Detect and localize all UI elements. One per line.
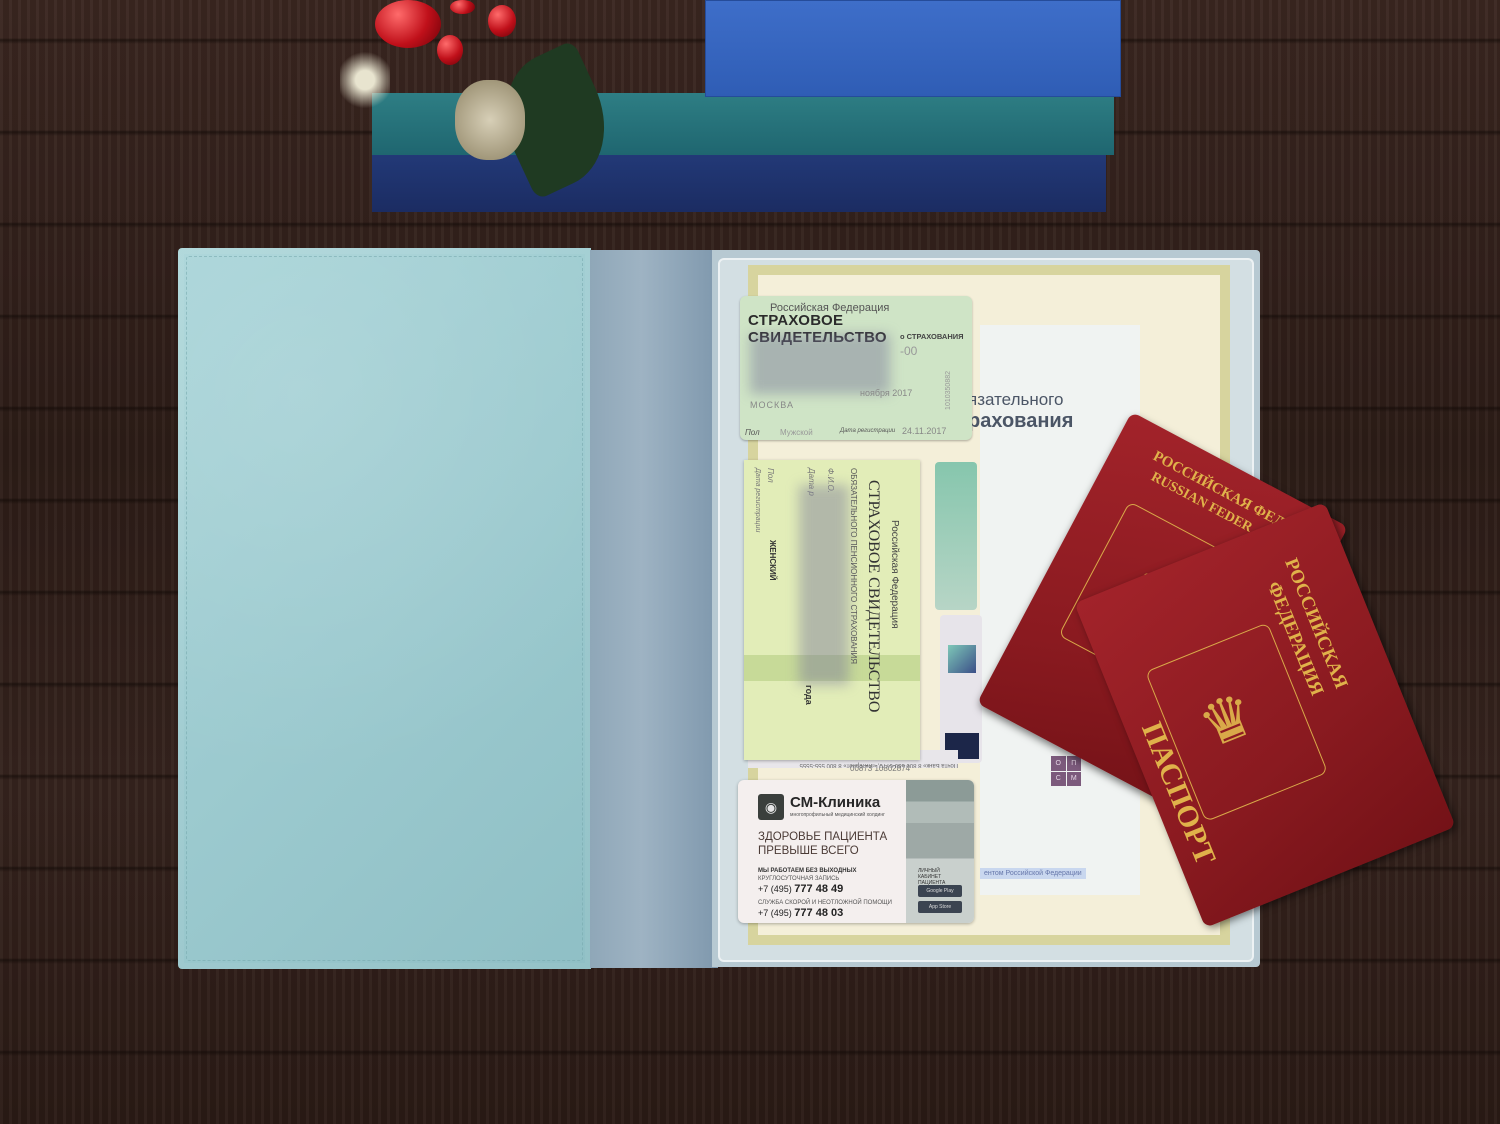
baby-breath [340,40,390,120]
snils-rot-year: года [804,685,814,705]
pine-cone [455,80,525,160]
snils-reg-date: 24.11.2017 [902,426,946,436]
blue-leather-cover [705,0,1121,97]
certificate-text-line2: рахования [968,410,1073,433]
suede-spine [590,250,718,968]
snils-rot-sex-label: Пол [766,468,775,483]
snils-rot-country: Российская Федерация [889,520,900,629]
berry [437,35,463,65]
blurred-personal-data [750,334,890,394]
berry [488,5,516,37]
clinic-logo-icon: ◉ [758,794,784,820]
bank-card-serial: 00873 10802874 [850,764,910,773]
app-store-badge: App Store [918,901,962,913]
opms-logo-icon: О П С М [1051,756,1081,786]
snils-rot-sex-value: ЖЕНСКИЙ [768,540,777,581]
berry [450,0,475,14]
clinic-subtitle: многопрофильный медицинский холдинг [790,812,885,818]
snils-card-top: Российская Федерация СТРАХОВОЕ СВИДЕТЕЛЬ… [740,296,972,440]
snils-city: МОСКВА [750,400,794,410]
cover-left-panel [178,248,591,969]
snils-birth-date: ноября 2017 [860,388,912,398]
clinic-booking: КРУГЛОСУТОЧНАЯ ЗАПИСЬ [758,876,839,882]
clinic-cabinet: ЛИЧНЫЙ КАБИНЕТ ПАЦИЕНТА [918,868,958,886]
clinic-phone2: +7 (495) 777 48 03 [758,907,843,919]
snils-sex-value: Мужской [780,428,813,437]
holly-decoration [335,0,735,190]
certificate-text-line1: язательного [968,390,1063,410]
certificate-footer: ентом Российской Федерации [980,868,1086,879]
clinic-phone1: +7 (495) 777 48 49 [758,883,843,895]
clinic-name: СМ-Клиника [790,794,880,811]
google-play-badge: Google Play [918,885,962,897]
snils-sex-label: Пол [745,428,760,437]
clinic-card: ◉ СМ-Клиника многопрофильный медицинский… [738,780,974,923]
snils-serial: 1010350882 [945,371,952,410]
snils-rot-title: СТРАХОВОЕ СВИДЕТЕЛЬСТВО [864,480,882,712]
eagle-emblem-icon: ♛ [1189,678,1265,763]
snils-card-rotated: Российская Федерация СТРАХОВОЕ СВИДЕТЕЛЬ… [744,460,920,760]
clinic-slogan: ЗДОРОВЬЕ ПАЦИЕНТА ПРЕВЫШЕ ВСЕГО [758,830,887,858]
snils-rot-reg-label: Дата регистрации [754,468,761,532]
clinic-hours: МЫ РАБОТАЕМ БЕЗ ВЫХОДНЫХ [758,868,856,874]
clinic-emergency: СЛУЖБА СКОРОЙ И НЕОТЛОЖНОЙ ПОМОЩИ [758,900,892,906]
snils-rot-subtitle: ОБЯЗАТЕЛЬНОГО ПЕНСИОННОГО СТРАХОВАНИЯ [849,468,858,664]
hologram-icon [948,645,976,673]
snils-number: -00 [900,344,917,358]
snils-reg-label: Дата регистрации [840,428,895,434]
snils-subtitle: о СТРАХОВАНИЯ [900,332,964,341]
blurred-personal-data [799,485,849,685]
green-card-behind [935,462,977,610]
bank-card-behind [940,615,982,763]
